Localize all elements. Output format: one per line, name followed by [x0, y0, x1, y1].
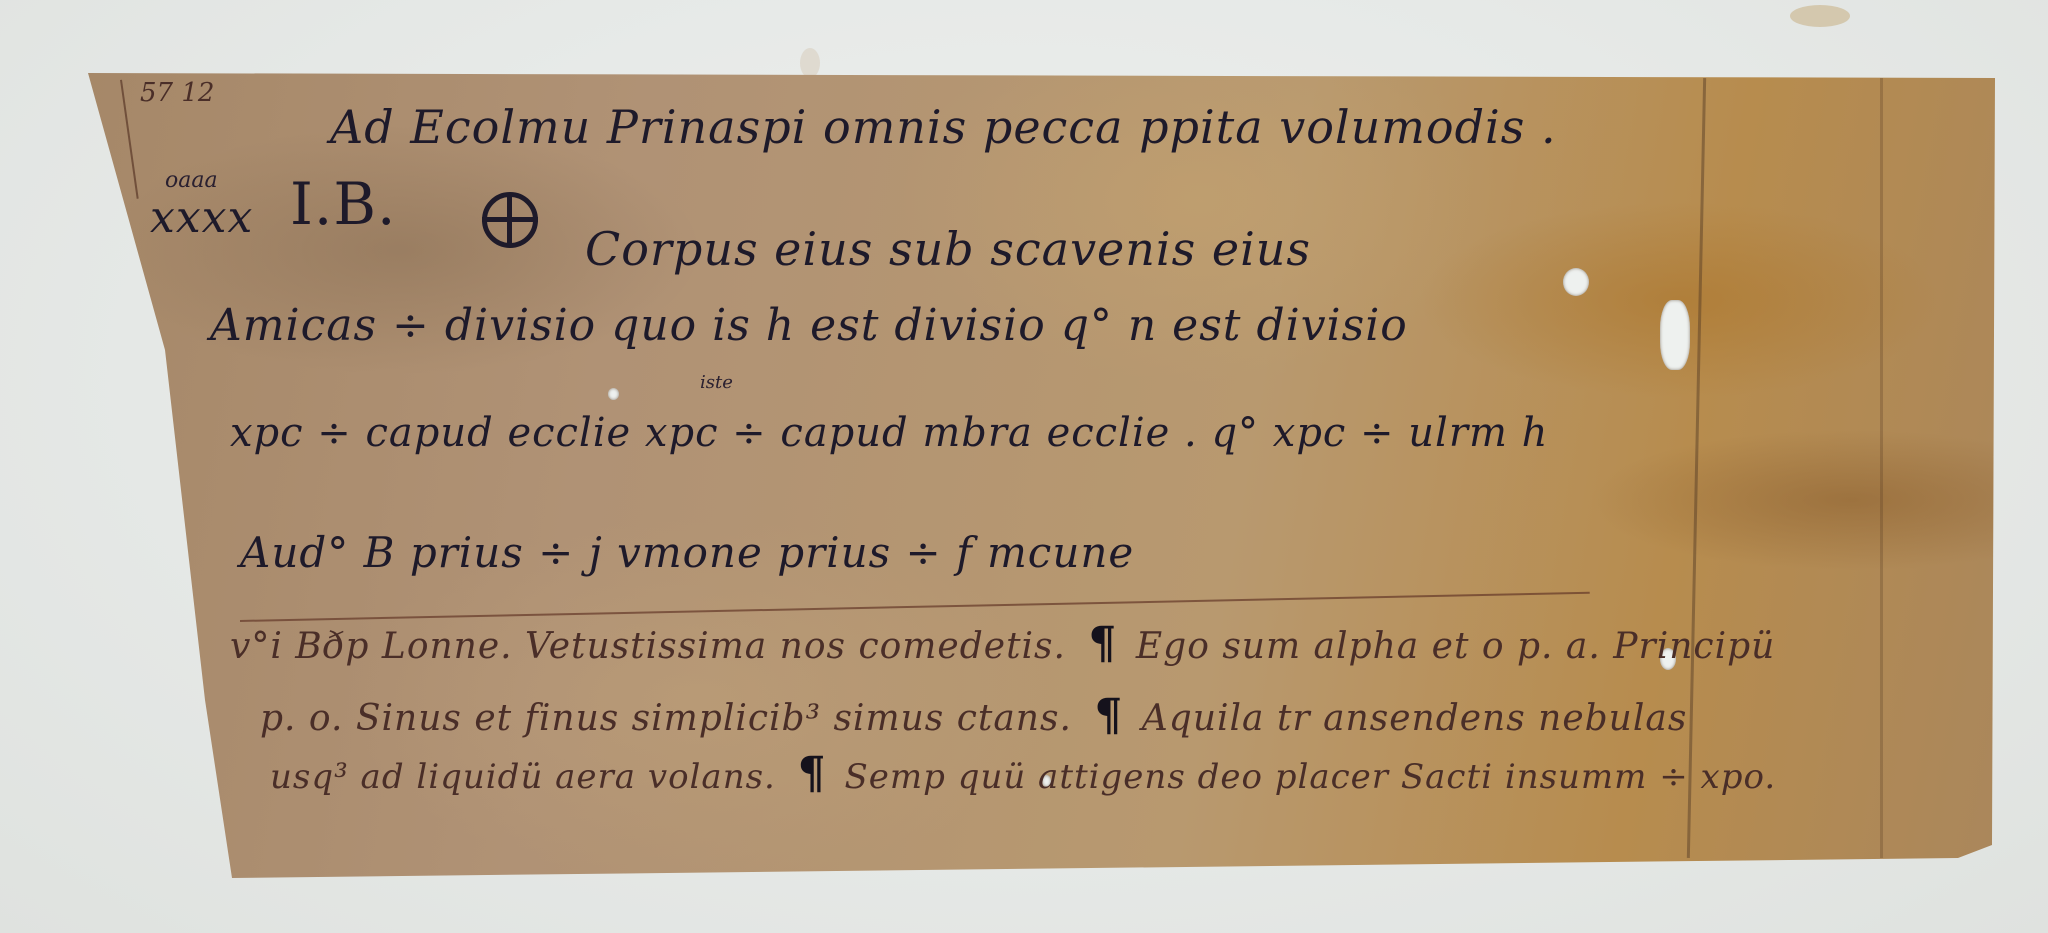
pilcrow-icon: ¶: [1094, 690, 1123, 741]
line-6-text: v°i Bðp Lonne. Vetustissima nos comedeti…: [230, 626, 1066, 667]
text-line-2: Corpus eius sub scavenis eius: [585, 222, 1311, 276]
text-line-8: usq³ ad liquidü aera volans. ¶ Semp quü …: [270, 748, 1776, 799]
text-line-6: v°i Bðp Lonne. Vetustissima nos comedeti…: [230, 618, 1775, 669]
parchment-hole: [1660, 300, 1690, 370]
margin-number: 57 12: [140, 78, 214, 108]
text-line-7: p. o. Sinus et finus simplicib³ simus ct…: [260, 690, 1687, 741]
roman-superscript: oaaa: [165, 168, 218, 193]
text-line-1: Ad Ecolmu Prinaspi omnis pecca ppita vol…: [330, 100, 1557, 154]
roman-numeral: xxxx: [150, 192, 253, 243]
line-6b-text: Ego sum alpha et o p. a. Principü: [1136, 626, 1775, 667]
vertical-crease: [1880, 78, 1883, 858]
line-7-text: p. o. Sinus et finus simplicib³ simus ct…: [260, 698, 1072, 739]
text-line-4: xpc ÷ capud ecclie xpc ÷ capud mbra eccl…: [230, 410, 1548, 456]
text-line-5: Aud° B prius ÷ j vmone prius ÷ f mcune: [240, 528, 1134, 577]
cross-circle-mark: [482, 192, 538, 248]
line-8-text: usq³ ad liquidü aera volans.: [270, 757, 776, 797]
line-8b-text: Semp quü attigens deo placer Sacti insum…: [844, 757, 1776, 797]
initials: I.B.: [290, 170, 396, 238]
line-7b-text: Aquila tr ansendens nebulas: [1142, 698, 1688, 739]
mount-tear: [800, 48, 820, 78]
parchment-hole: [608, 388, 619, 400]
mount-stain: [1790, 5, 1850, 27]
parchment-hole: [1563, 268, 1589, 296]
text-line-3: Amicas ÷ divisio quo is h est divisio q°…: [210, 300, 1408, 351]
pilcrow-icon: ¶: [798, 748, 827, 799]
interlinear-gloss: iste: [700, 372, 733, 393]
pilcrow-icon: ¶: [1088, 618, 1117, 669]
